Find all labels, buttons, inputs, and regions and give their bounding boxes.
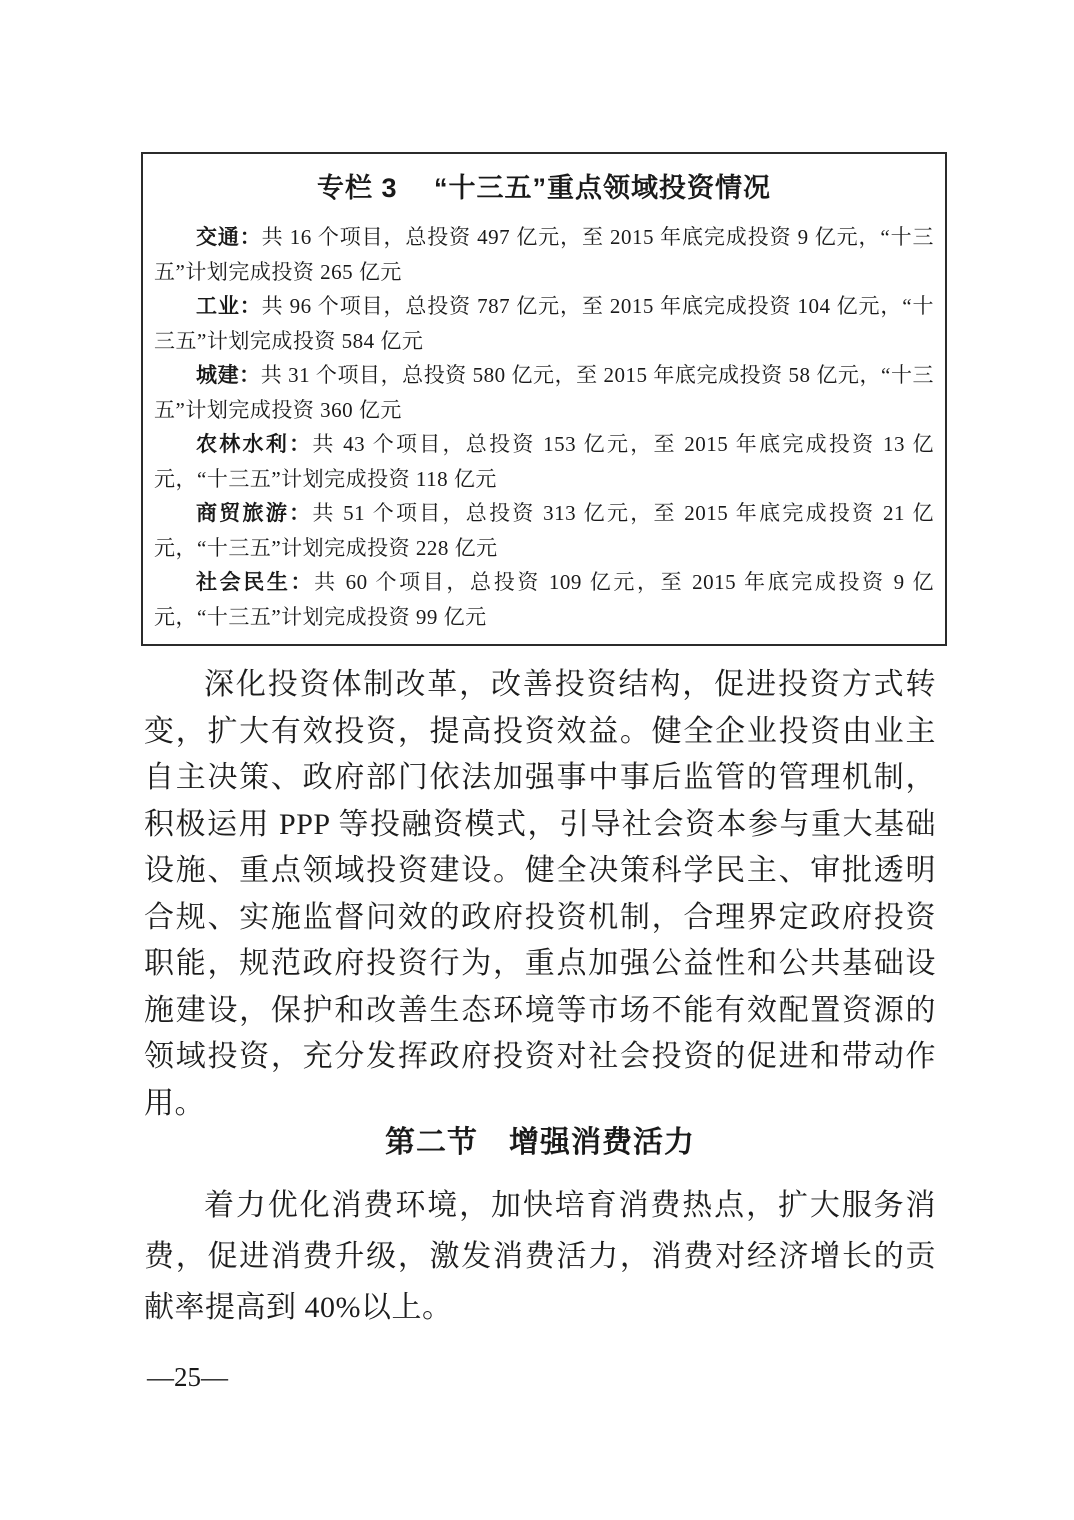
entry-label: 城建： [196, 364, 261, 387]
entry-label: 商贸旅游： [196, 502, 312, 525]
entry-label: 农林水利： [196, 433, 312, 456]
box-entry-industry: 工业：共 96 个项目，总投资 787 亿元，至 2015 年底完成投资 104… [154, 289, 934, 358]
page-number: —25— [147, 1360, 228, 1394]
section-heading: 第二节 增强消费活力 [144, 1122, 936, 1164]
entry-label: 社会民生： [196, 571, 314, 594]
entry-text: 共 31 个项目，总投资 580 亿元，至 2015 年底完成投资 58 亿元，… [154, 363, 934, 422]
box-entry-transport: 交通：共 16 个项目，总投资 497 亿元，至 2015 年底完成投资 9 亿… [154, 220, 934, 289]
box-entry-urban-construction: 城建：共 31 个项目，总投资 580 亿元，至 2015 年底完成投资 58 … [154, 358, 934, 427]
document-page: 专栏 3 “十三五”重点领域投资情况 交通：共 16 个项目，总投资 497 亿… [0, 0, 1074, 1520]
paragraph-consumption: 着力优化消费环境，加快培育消费热点，扩大服务消费，促进消费升级，激发消费活力，消… [144, 1180, 936, 1333]
entry-text: 共 16 个项目，总投资 497 亿元，至 2015 年底完成投资 9 亿元，“… [154, 225, 934, 284]
paragraph-investment-reform: 深化投资体制改革，改善投资结构，促进投资方式转变，扩大有效投资，提高投资效益。健… [144, 662, 936, 1127]
box-entry-agriculture-water: 农林水利：共 43 个项目，总投资 153 亿元，至 2015 年底完成投资 1… [154, 427, 934, 496]
box-entry-social-livelihood: 社会民生：共 60 个项目，总投资 109 亿元，至 2015 年底完成投资 9… [154, 565, 934, 634]
entry-text: 共 96 个项目，总投资 787 亿元，至 2015 年底完成投资 104 亿元… [154, 294, 934, 353]
highlight-box: 专栏 3 “十三五”重点领域投资情况 交通：共 16 个项目，总投资 497 亿… [141, 152, 947, 646]
entry-label: 工业： [196, 295, 262, 318]
box-title: 专栏 3 “十三五”重点领域投资情况 [154, 168, 934, 208]
box-entry-trade-tourism: 商贸旅游：共 51 个项目，总投资 313 亿元，至 2015 年底完成投资 2… [154, 496, 934, 565]
entry-label: 交通： [196, 226, 262, 249]
